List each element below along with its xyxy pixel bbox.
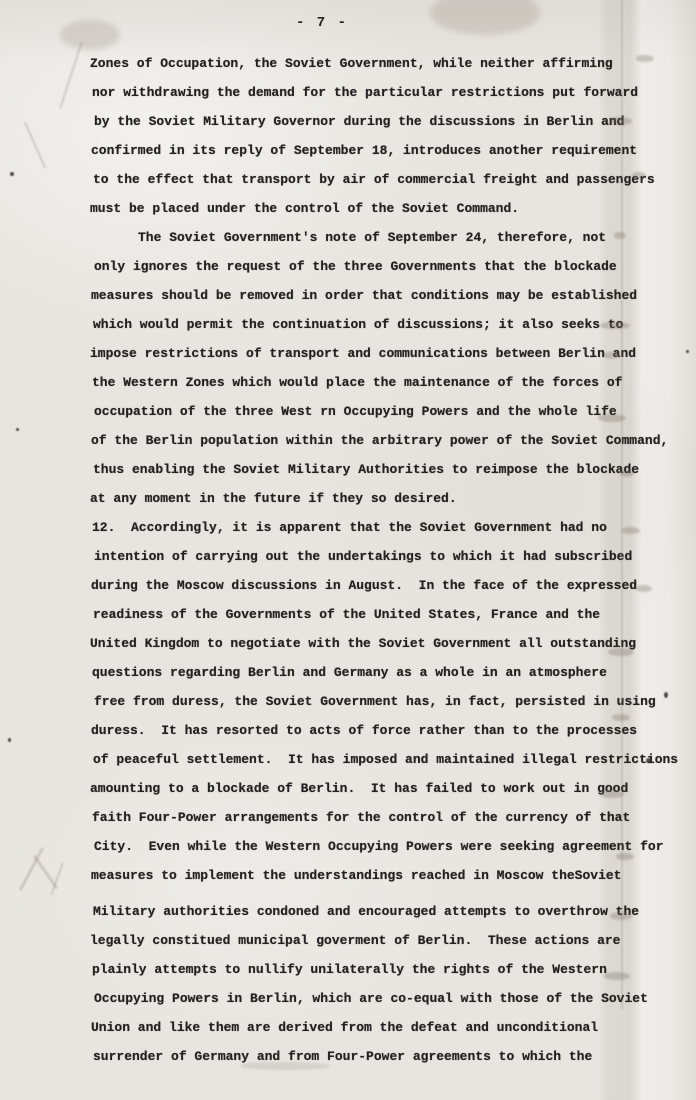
- text-line: which would permit the continuation of d…: [93, 310, 652, 339]
- scan-artifact: [19, 847, 44, 891]
- scan-artifact: [646, 758, 651, 763]
- text-line: measures should be removed in order that…: [91, 281, 652, 310]
- scan-artifact: [10, 172, 14, 176]
- scan-artifact: [598, 414, 626, 422]
- scan-artifact: [686, 350, 689, 353]
- scan-artifact: [622, 527, 640, 534]
- scan-artifact: [24, 122, 46, 168]
- scan-artifact: [612, 714, 630, 721]
- scan-artifact: [632, 172, 646, 179]
- scan-artifact: [636, 55, 654, 62]
- text-line: The Soviet Government's note of Septembe…: [92, 223, 652, 252]
- text-line: the Western Zones which would place the …: [92, 368, 652, 397]
- text-line: of the Berlin population within the arbi…: [91, 426, 652, 455]
- scan-artifact: [60, 20, 120, 50]
- text-line: City. Even while the Western Occupying P…: [94, 832, 652, 861]
- text-line: must be placed under the control of the …: [90, 194, 652, 223]
- scan-artifact: [600, 322, 630, 329]
- text-line: Military authorities condoned and encour…: [93, 897, 652, 926]
- text-line: impose restrictions of transport and com…: [90, 339, 652, 368]
- scan-artifact: [664, 692, 668, 698]
- text-line: by the Soviet Military Governor during t…: [94, 107, 652, 136]
- scan-artifact: [604, 972, 630, 980]
- scanned-document-page: - 7 - Zones of Occupation, the Soviet Go…: [0, 0, 696, 1100]
- text-line: thus enabling the Soviet Military Author…: [93, 455, 652, 484]
- text-line: readiness of the Governments of the Unit…: [93, 600, 652, 629]
- text-line: plainly attempts to nullify unilaterally…: [92, 955, 652, 984]
- scan-artifact: [430, 0, 540, 35]
- scan-artifact: [240, 1062, 330, 1070]
- text-line: legally constitued municipal goverment o…: [90, 926, 652, 955]
- text-line: United Kingdom to negotiate with the Sov…: [90, 629, 652, 658]
- text-line: duress. It has resorted to acts of force…: [91, 716, 652, 745]
- text-line: at any moment in the future if they so d…: [90, 484, 652, 513]
- scan-artifact: [636, 585, 652, 592]
- scan-artifact: [16, 428, 19, 431]
- text-line: free from duress, the Soviet Government …: [94, 687, 652, 716]
- scan-artifact: [610, 912, 632, 920]
- document-body: Zones of Occupation, the Soviet Governme…: [92, 49, 652, 1071]
- text-line: confirmed in its reply of September 18, …: [91, 136, 652, 165]
- text-line: Occupying Powers in Berlin, which are co…: [94, 984, 652, 1013]
- text-line: faith Four-Power arrangements for the co…: [92, 803, 652, 832]
- text-line: Zones of Occupation, the Soviet Governme…: [90, 49, 652, 78]
- scan-artifact: [600, 790, 624, 798]
- text-line: during the Moscow discussions in August.…: [91, 571, 652, 600]
- text-line: to the effect that transport by air of c…: [93, 165, 652, 194]
- text-line: intention of carrying out the undertakin…: [94, 542, 652, 571]
- text-line: nor withdrawing the demand for the parti…: [92, 78, 652, 107]
- scan-artifact: [59, 41, 83, 108]
- text-line: surrender of Germany and from Four-Power…: [93, 1042, 652, 1071]
- text-line: measures to implement the understandings…: [91, 861, 652, 890]
- scan-artifact: [610, 117, 632, 125]
- text-line: amounting to a blockade of Berlin. It ha…: [90, 774, 652, 803]
- text-line: questions regarding Berlin and Germany a…: [92, 658, 652, 687]
- scan-artifact: [608, 648, 634, 656]
- scan-artifact: [620, 470, 634, 477]
- scan-artifact: [614, 232, 626, 239]
- page-number: - 7 -: [296, 15, 348, 31]
- text-line: only ignores the request of the three Go…: [94, 252, 652, 281]
- text-line: occupation of the three West rn Occupyin…: [94, 397, 652, 426]
- scan-artifact: [8, 738, 11, 742]
- text-line: Union and like them are derived from the…: [91, 1013, 652, 1042]
- scan-artifact: [604, 352, 620, 359]
- text-line: 12. Accordingly, it is apparent that the…: [92, 513, 652, 542]
- scan-artifact: [616, 853, 634, 860]
- text-line: of peaceful settlement. It has imposed a…: [93, 745, 652, 774]
